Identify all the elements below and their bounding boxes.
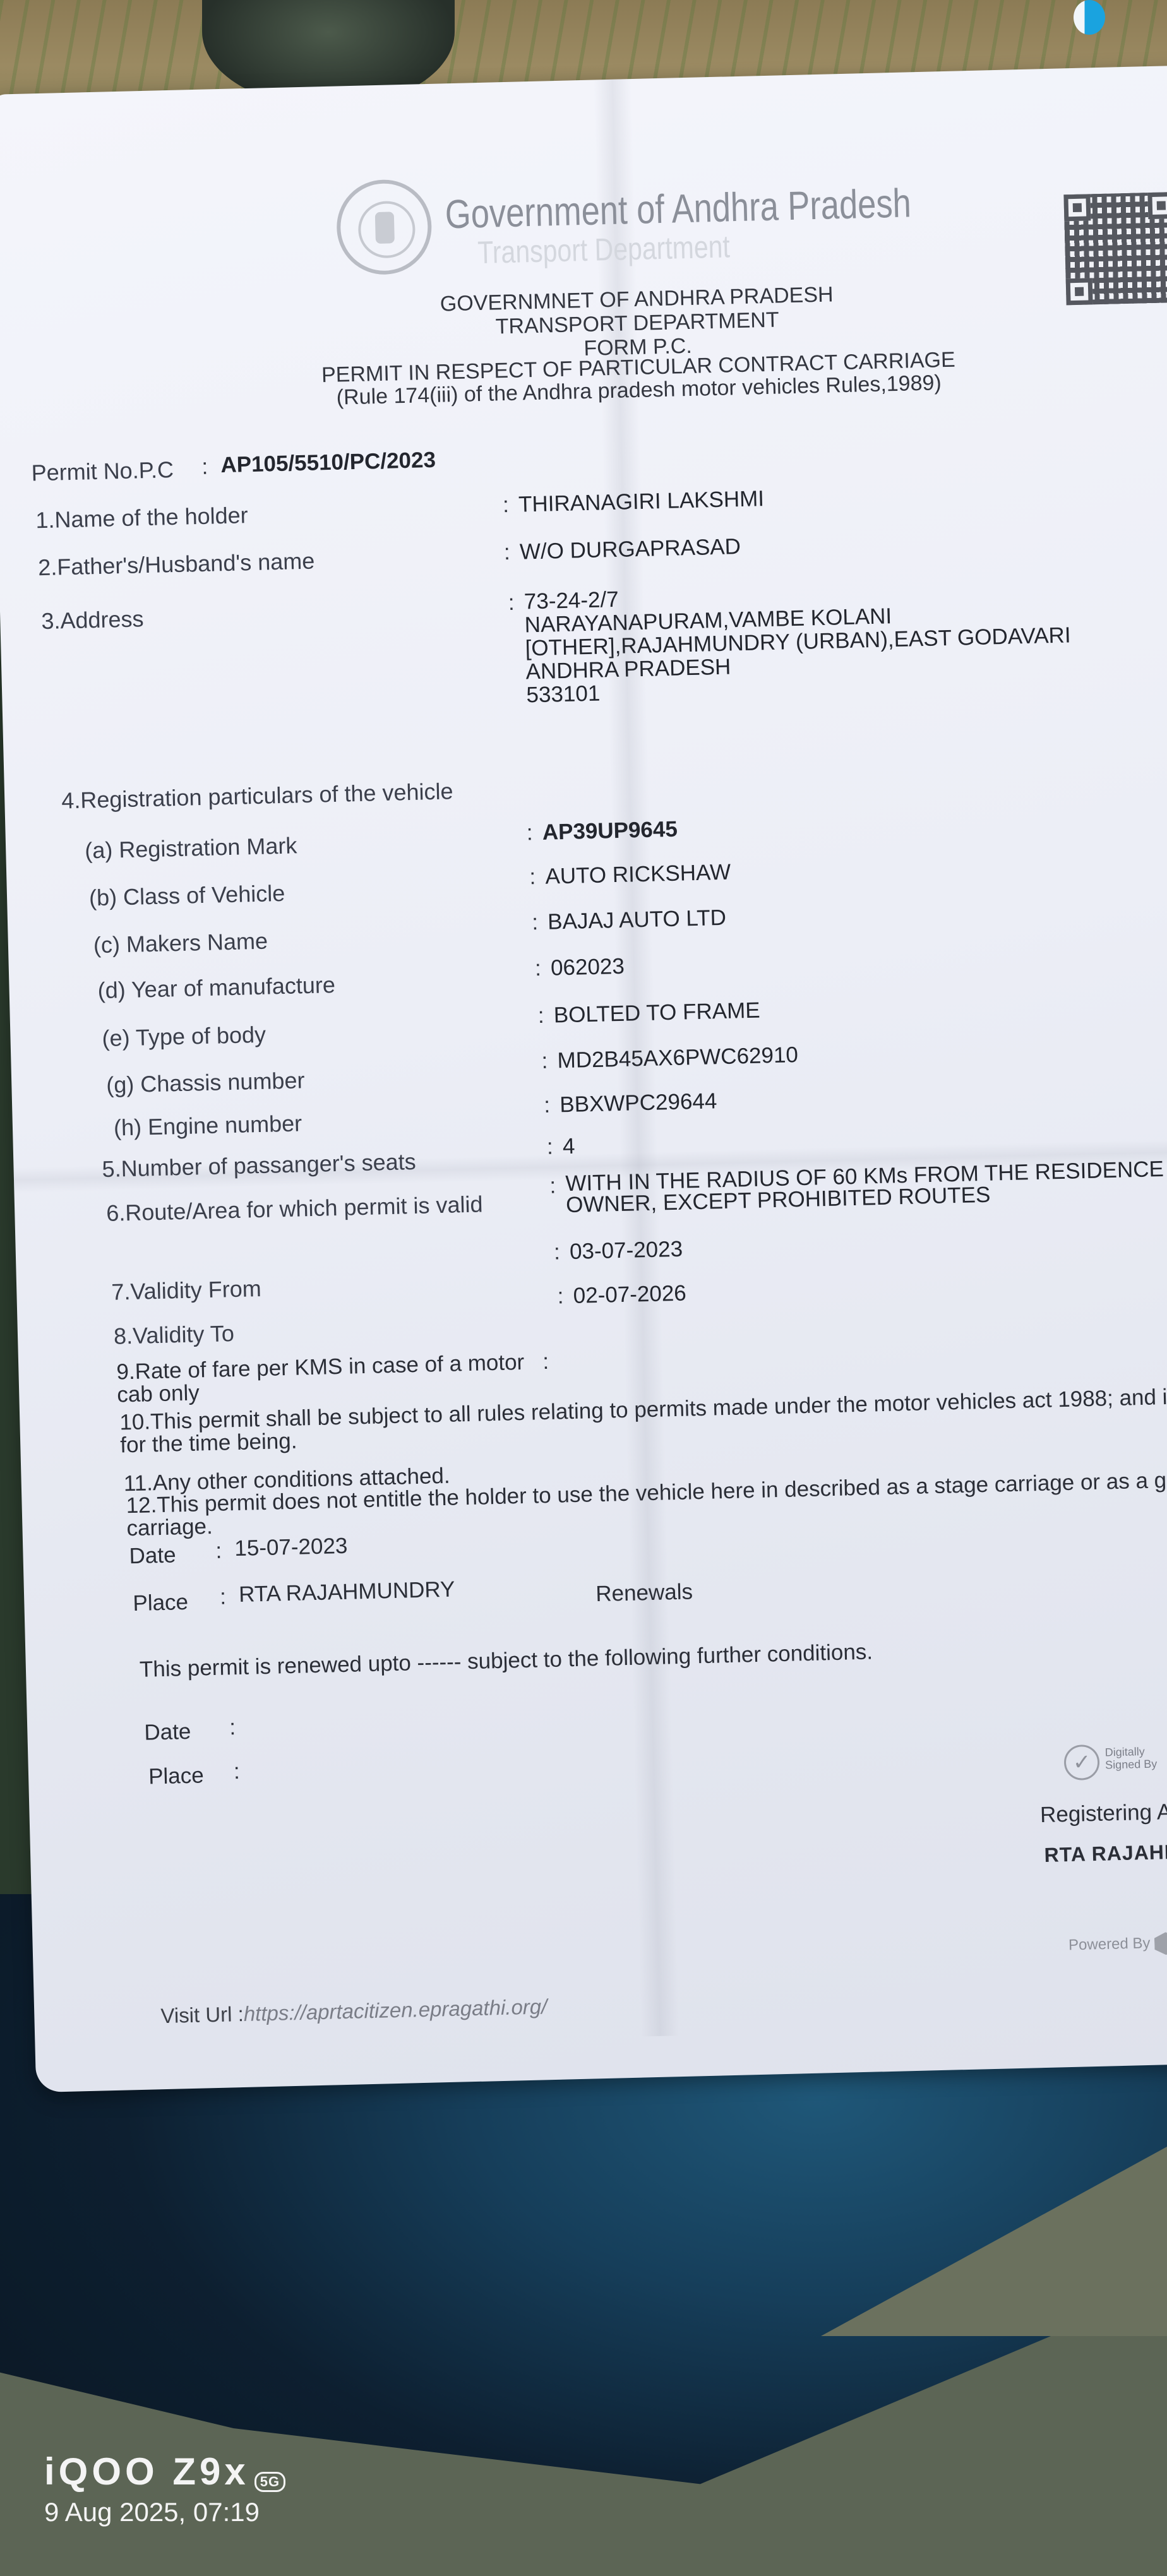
colon: : <box>554 1239 561 1265</box>
registration-mark-value: AP39UP9645 <box>542 817 678 845</box>
authority-office: RTA RAJAHMUND <box>1044 1839 1167 1867</box>
maker-name-label: (c) Makers Name <box>93 928 268 959</box>
colon: : <box>508 590 515 616</box>
visit-url-link[interactable]: https://aprtacitizen.epragathi.org/ <box>243 1995 547 2025</box>
colon: : <box>220 1584 227 1609</box>
registration-mark-label: (a) Registration Mark <box>85 832 297 864</box>
issue-place-label: Place <box>133 1590 189 1616</box>
vehicle-section-label: 4.Registration particulars of the vehicl… <box>61 778 453 814</box>
holder-name-label: 1.Name of the holder <box>35 502 248 534</box>
colon: : <box>549 1174 556 1199</box>
camera-watermark: iQOO Z9x5G 9 Aug 2025, 07:19 <box>44 2450 285 2527</box>
issue-date-label: Date <box>129 1542 176 1569</box>
ots-logo-icon <box>1154 1932 1167 1955</box>
colon: : <box>547 1135 554 1160</box>
route-label: 6.Route/Area for which permit is valid <box>106 1191 483 1227</box>
colon: : <box>503 540 510 565</box>
permit-number-label: Permit No.P.C <box>31 456 174 486</box>
renewal-date-label: Date <box>144 1719 191 1746</box>
holder-name-value: THIRANAGIRI LAKSHMI <box>518 486 765 517</box>
colon: : <box>544 1093 551 1118</box>
powered-by-label: Powered By <box>1068 1935 1151 1953</box>
registering-authority: Registering Authori <box>1040 1798 1167 1828</box>
manufacture-year-label: (d) Year of manufacture <box>97 972 335 1004</box>
body-type-value: BOLTED TO FRAME <box>553 998 760 1029</box>
renewal-place-label: Place <box>148 1763 205 1789</box>
colon: : <box>537 1003 544 1029</box>
digital-signature-check-icon: ✓ <box>1063 1744 1099 1780</box>
logo-subtitle: Transport Department <box>477 228 731 271</box>
colon: : <box>529 864 536 890</box>
colon: : <box>542 1349 549 1374</box>
signature-line: Digitally <box>1104 1745 1157 1759</box>
vehicle-class-label: (b) Class of Vehicle <box>89 880 285 912</box>
chassis-number-value: MD2B45AX6PWC62910 <box>557 1042 798 1073</box>
validity-from-value: 03-07-2023 <box>570 1237 683 1265</box>
camera-brand: iQOO Z9x <box>44 2450 249 2493</box>
validity-to-value: 02-07-2026 <box>573 1281 686 1309</box>
manufacture-year-value: 062023 <box>551 954 625 981</box>
visit-url: Visit Url :https://aprtacitizen.epragath… <box>160 1995 548 2028</box>
state-emblem-icon <box>336 179 433 276</box>
seats-value: 4 <box>562 1134 575 1159</box>
address-value: 73-24-2/7 NARAYANAPURAM,VAMBE KOLANI [OT… <box>524 576 1072 707</box>
engine-number-label: (h) Engine number <box>114 1110 302 1141</box>
digital-signature-text: Digitally Signed By <box>1104 1745 1157 1772</box>
signature-line: Signed By <box>1105 1758 1158 1772</box>
vehicle-class-value: AUTO RICKSHAW <box>545 860 731 890</box>
colon: : <box>229 1715 236 1740</box>
renewal-statement: This permit is renewed upto ------ subje… <box>140 1639 873 1682</box>
fare-rate-label: 9.Rate of fare per KMS in case of a moto… <box>116 1351 549 1407</box>
relation-label: 2.Father's/Husband's name <box>38 548 315 581</box>
validity-to-label: 8.Validity To <box>114 1320 235 1350</box>
qr-code-icon <box>1063 192 1167 305</box>
maker-name-value: BAJAJ AUTO LTD <box>548 905 727 935</box>
colon: : <box>526 820 533 845</box>
renewals-title: Renewals <box>595 1579 693 1607</box>
body-type-label: (e) Type of body <box>102 1022 266 1052</box>
visit-url-label: Visit Url : <box>160 2002 244 2027</box>
issue-date-value: 15-07-2023 <box>234 1534 348 1561</box>
colon: : <box>234 1759 241 1784</box>
validity-from-label: 7.Validity From <box>111 1275 261 1306</box>
colon: : <box>532 910 539 935</box>
relation-value: W/O DURGAPRASAD <box>519 534 741 565</box>
engine-number-value: BBXWPC29644 <box>560 1088 717 1118</box>
permit-document: Government of Andhra Pradesh Transport D… <box>0 66 1167 2092</box>
permit-number-value: AP105/5510/PC/2023 <box>220 448 436 478</box>
colon: : <box>215 1539 222 1564</box>
capture-datetime: 9 Aug 2025, 07:19 <box>44 2497 285 2527</box>
address-label: 3.Address <box>41 605 144 635</box>
chassis-number-label: (g) Chassis number <box>106 1067 305 1099</box>
colon: : <box>557 1284 564 1309</box>
colon: : <box>541 1049 548 1074</box>
colon: : <box>535 956 542 981</box>
issue-place-value: RTA RAJAHMUNDRY <box>239 1577 455 1607</box>
colon: : <box>201 455 208 480</box>
colon: : <box>503 492 510 518</box>
5g-badge: 5G <box>254 2472 285 2492</box>
powered-by: Powered By OTS <box>1068 1931 1167 1957</box>
background-object <box>1074 0 1105 35</box>
